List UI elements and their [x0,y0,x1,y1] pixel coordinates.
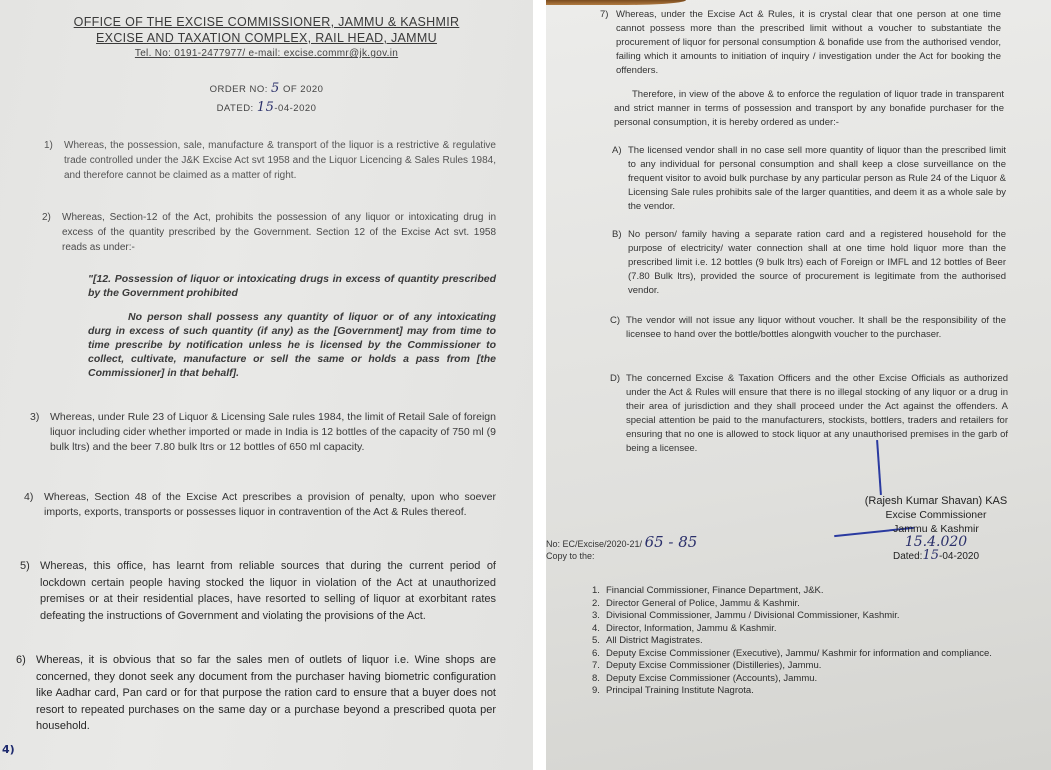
paragraph-1: 1) Whereas, the possession, sale, manufa… [64,138,496,183]
order-clause-a: A) The licensed vendor shall in no case … [628,144,1006,214]
order-date-handwritten: 15 [257,100,275,115]
paragraph-6: 6) Whereas, it is obvious that so far th… [36,652,496,735]
left-page: OFFICE OF THE EXCISE COMMISSIONER, JAMMU… [0,0,533,770]
reference-number: No: EC/Excise/2020-21/ 65 - 85 [546,536,697,550]
paragraph-3: 3) Whereas, under Rule 23 of Liquor & Li… [50,410,496,455]
order-clause-b: B) No person/ family having a separate r… [628,228,1006,298]
page-edge-shadow [546,0,686,5]
list-item: 3.Divisional Commissioner, Jammu / Divis… [592,610,1022,623]
order-block: ORDER NO: 5 OF 2020 DATED: 15-04-2020 [0,80,533,118]
paragraph-7: 7) Whereas, under the Excise Act & Rules… [616,8,1001,78]
handwritten-margin-mark: 4) [2,743,15,756]
signature-block: (Rajesh Kumar Shavan) KAS Excise Commiss… [851,494,1021,564]
order-clause-d: D) The concerned Excise & Taxation Offic… [626,372,1008,456]
paragraph-2: 2) Whereas, Section-12 of the Act, prohi… [62,210,496,255]
letterhead-line-2: EXCISE AND TAXATION COMPLEX, RAIL HEAD, … [0,30,533,46]
signatory-designation: Excise Commissioner [851,508,1021,522]
list-item: 9.Principal Training Institute Nagrota. [592,685,1022,698]
list-item: 4.Director, Information, Jammu & Kashmir… [592,623,1022,636]
list-item: 5.All District Magistrates. [592,635,1022,648]
order-number-handwritten: 5 [271,81,280,96]
signature-dated: Dated:15-04-2020 [851,549,1021,564]
signatory-name: (Rajesh Kumar Shavan) KAS [851,494,1021,508]
letterhead: OFFICE OF THE EXCISE COMMISSIONER, JAMMU… [0,14,533,62]
letterhead-line-1: OFFICE OF THE EXCISE COMMISSIONER, JAMMU… [0,14,533,30]
quote-title: "[12. Possession of liquor or intoxicati… [88,272,496,300]
right-page: 7) Whereas, under the Excise Act & Rules… [546,0,1051,770]
quote-body: No person shall possess any quantity of … [88,310,496,380]
paragraph-4: 4) Whereas, Section 48 of the Excise Act… [44,490,496,520]
therefore-paragraph: Therefore, in view of the above & to enf… [614,88,1004,130]
reference-number-handwritten: 65 - 85 [645,533,698,551]
list-item: 2.Director General of Police, Jammu & Ka… [592,598,1022,611]
order-number: ORDER NO: 5 OF 2020 [0,80,533,99]
list-item: 6.Deputy Excise Commissioner (Executive)… [592,648,1022,661]
copy-to-label: Copy to the: [546,550,595,562]
order-clause-c: C) The vendor will not issue any liquor … [626,314,1006,342]
letterhead-contact: Tel. No: 0191-2477977/ e-mail: excise.co… [0,46,533,62]
paragraph-5: 5) Whereas, this office, has learnt from… [40,558,496,624]
section-12-quote: "[12. Possession of liquor or intoxicati… [88,272,496,380]
order-date: DATED: 15-04-2020 [0,99,533,118]
list-item: 1.Financial Commissioner, Finance Depart… [592,585,1022,598]
list-item: 7.Deputy Excise Commissioner (Distilleri… [592,660,1022,673]
copy-to-list: 1.Financial Commissioner, Finance Depart… [592,585,1022,698]
list-item: 8.Deputy Excise Commissioner (Accounts),… [592,673,1022,686]
